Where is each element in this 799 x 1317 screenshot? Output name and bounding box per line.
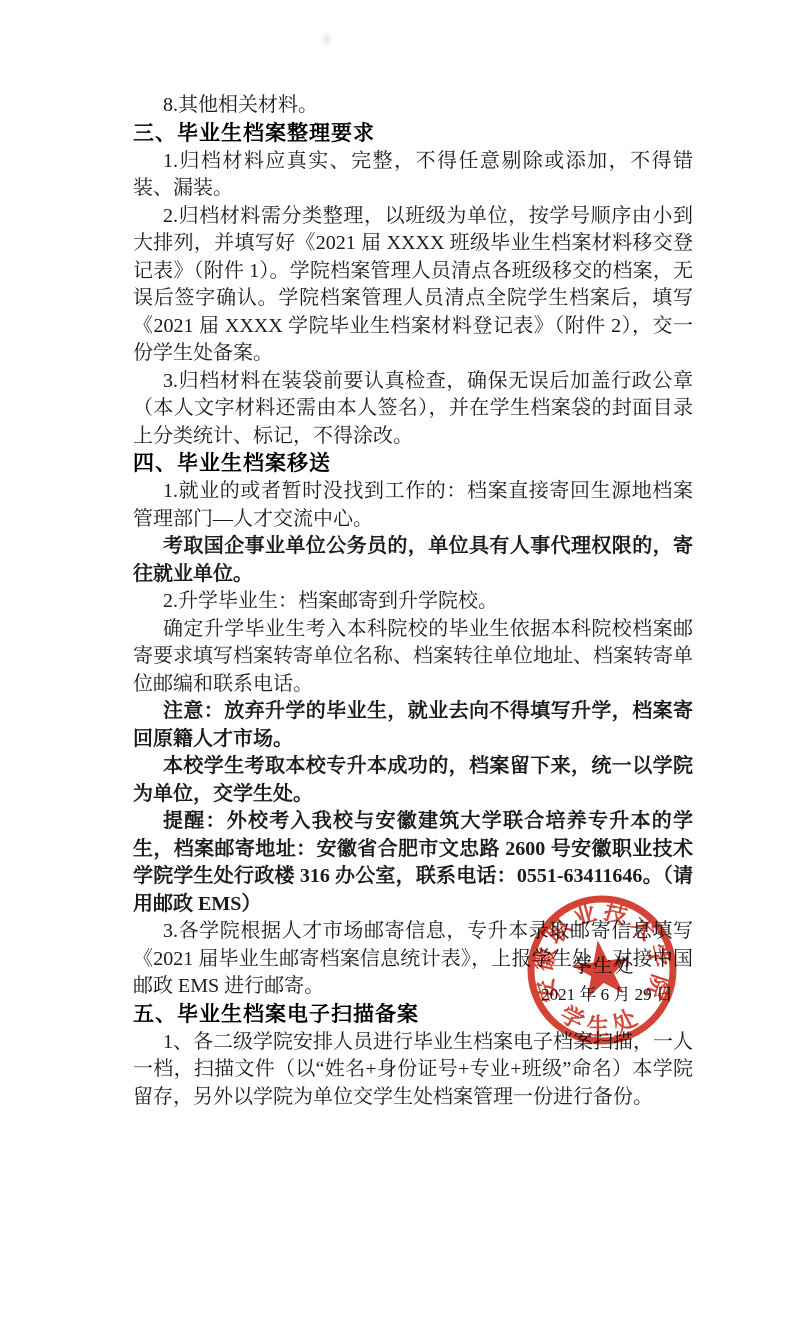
stamp-star-icon: [568, 936, 634, 1000]
paragraph-archive-rule-2: 2.归档材料需分类整理，以班级为单位，按学号顺序由小到大排列，并填写好《2021…: [133, 203, 693, 368]
paragraph-transfer-2: 2.升学毕业生：档案邮寄到升学院校。: [133, 588, 693, 616]
scan-smudge: [323, 33, 330, 45]
document-page: 8.其他相关材料。 三、毕业生档案整理要求 1.归档材料应真实、完整，不得任意剔…: [0, 0, 799, 1317]
paragraph-own-school-upgrade: 本校学生考取本校专升本成功的，档案留下来，统一以学院为单位，交学生处。: [133, 753, 693, 808]
paragraph-transfer-civil-servant: 考取国企事业单位公务员的，单位具有人事代理权限的，寄往就业单位。: [133, 533, 693, 588]
official-seal-stamp: 安徽职业技术学院 学生处: [524, 892, 680, 1048]
paragraph-notice: 注意：放弃升学的毕业生，就业去向不得填写升学，档案寄回原籍人才市场。: [133, 698, 693, 753]
paragraph-transfer-1: 1.就业的或者暂时没找到工作的：档案直接寄回生源地档案管理部门—人才交流中心。: [133, 478, 693, 533]
paragraph-other-materials: 8.其他相关材料。: [133, 92, 693, 120]
paragraph-archive-rule-3: 3.归档材料在装袋前要认真检查，确保无误后加盖行政公章（本人文字材料还需由本人签…: [133, 368, 693, 451]
paragraph-archive-rule-1: 1.归档材料应真实、完整，不得任意剔除或添加，不得错装、漏装。: [133, 148, 693, 203]
section-heading-3: 三、毕业生档案整理要求: [133, 120, 693, 148]
section-heading-4: 四、毕业生档案移送: [133, 450, 693, 478]
paragraph-transfer-upgrade-detail: 确定升学毕业生考入本科院校的毕业生依据本科院校档案邮寄要求填写档案转寄单位名称、…: [133, 616, 693, 699]
